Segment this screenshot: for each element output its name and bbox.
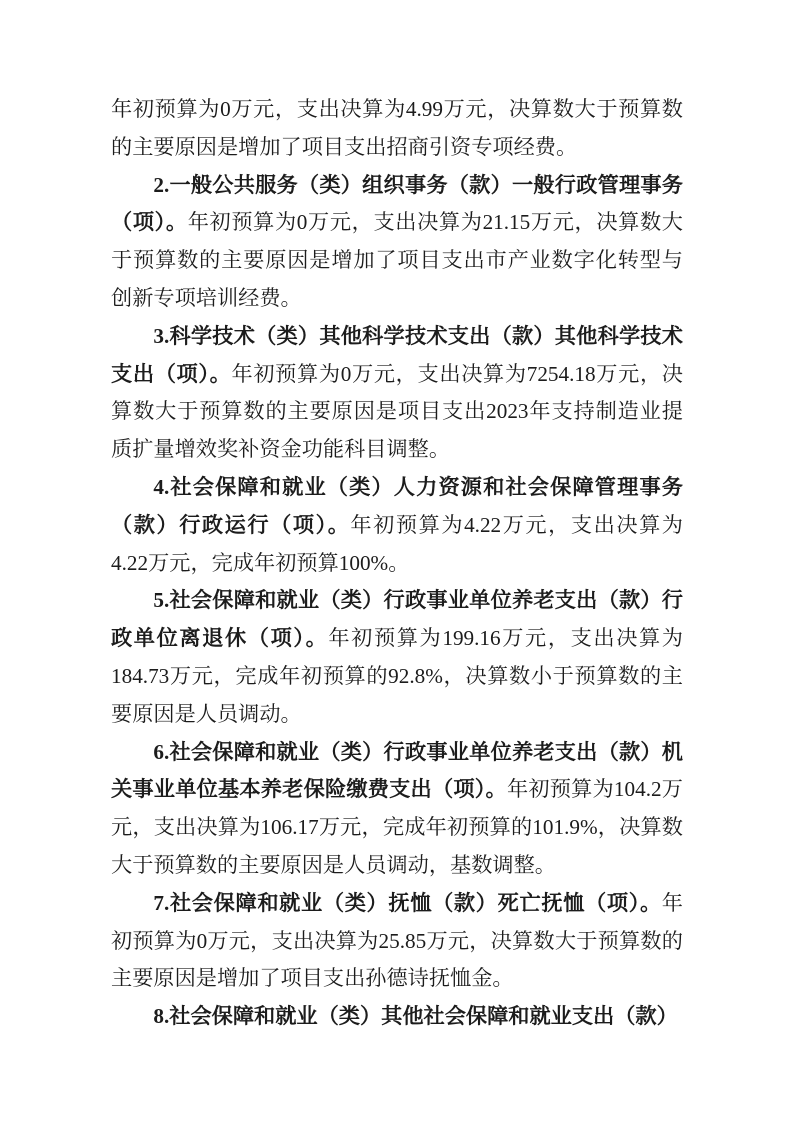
paragraph-text: 年初预算为0万元，支出决算为4.99万元，决算数大于预算数的主要原因是增加了项目… <box>111 97 683 159</box>
document-body: 年初预算为0万元，支出决算为4.99万元，决算数大于预算数的主要原因是增加了项目… <box>111 91 683 1036</box>
budget-item-text: 年初预算为0万元，支出决算为21.15万元，决算数大于预算数的主要原因是增加了项… <box>111 210 683 310</box>
budget-item-heading: 8.社会保障和就业（类）其他社会保障和就业支出（款） <box>153 1004 677 1028</box>
budget-item-7: 7.社会保障和就业（类）抚恤（款）死亡抚恤（项）。年初预算为0万元，支出决算为2… <box>111 885 683 998</box>
document-page: 年初预算为0万元，支出决算为4.99万元，决算数大于预算数的主要原因是增加了项目… <box>0 0 794 1122</box>
budget-item-2: 2.一般公共服务（类）组织事务（款）一般行政管理事务（项）。年初预算为0万元，支… <box>111 167 683 318</box>
budget-item-6: 6.社会保障和就业（类）行政事业单位养老支出（款）机关事业单位基本养老保险缴费支… <box>111 734 683 885</box>
budget-item-heading: 7.社会保障和就业（类）抚恤（款）死亡抚恤（项）。 <box>153 891 661 915</box>
budget-item-8: 8.社会保障和就业（类）其他社会保障和就业支出（款） <box>111 998 683 1036</box>
budget-item-5: 5.社会保障和就业（类）行政事业单位养老支出（款）行政单位离退休（项）。年初预算… <box>111 582 683 733</box>
paragraph-continuation: 年初预算为0万元，支出决算为4.99万元，决算数大于预算数的主要原因是增加了项目… <box>111 91 683 167</box>
budget-item-4: 4.社会保障和就业（类）人力资源和社会保障管理事务（款）行政运行（项）。年初预算… <box>111 469 683 582</box>
budget-item-3: 3.科学技术（类）其他科学技术支出（款）其他科学技术支出（项）。年初预算为0万元… <box>111 318 683 469</box>
